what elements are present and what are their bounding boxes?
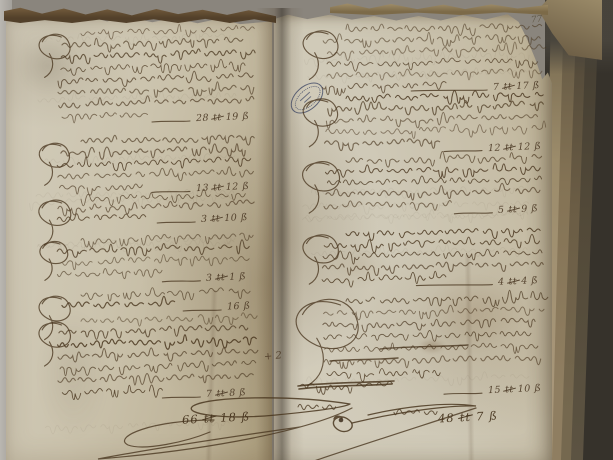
amount-label: 16 ß xyxy=(227,300,251,312)
amount-label: 28 tt 19 ß xyxy=(196,111,250,124)
amount-label: 7 tt 17 ß xyxy=(493,80,540,93)
amount-label: 3 tt 1 ß xyxy=(206,271,247,284)
manuscript-photo: 77 + 2 66 tt 18 ß 48 tt 7 ß 28 tt 19 ß13… xyxy=(0,0,613,460)
amount-label: 5 tt 9 ß xyxy=(498,203,539,216)
amount-label: 4 tt 4 ß xyxy=(498,275,539,288)
folio-number: 77 xyxy=(531,14,543,25)
amount-label: 3 tt 10 ß xyxy=(201,212,248,225)
amount-label: 7 tt 8 ß xyxy=(206,387,247,400)
amount-label: 12 tt 12 ß xyxy=(488,140,542,153)
margin-note: + 2 xyxy=(264,350,283,363)
